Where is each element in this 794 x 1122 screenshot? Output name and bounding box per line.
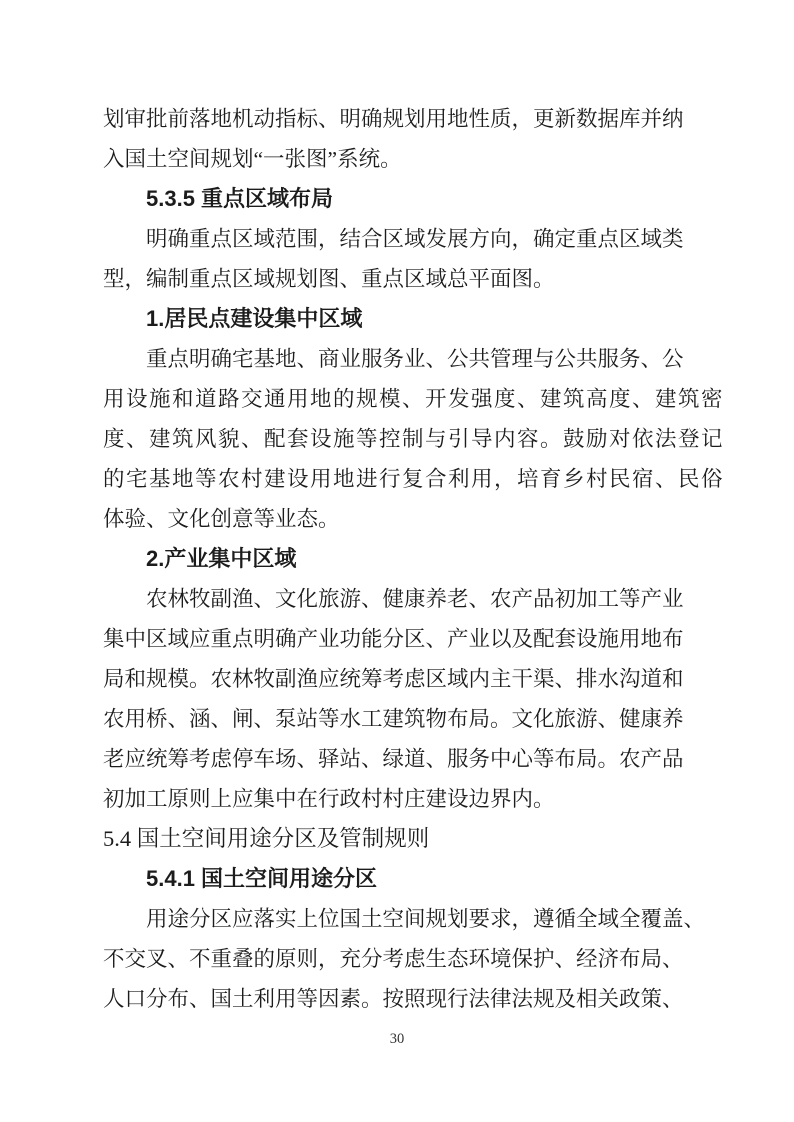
page-content: 划审批前落地机动指标、明确规划用地性质，更新数据库并纳 入国土空间规划“一张图”…	[103, 99, 743, 1019]
body-text-line: 的宅基地等农村建设用地进行复合利用，培育乡村民宿、民俗	[103, 459, 743, 499]
body-text-line: 用途分区应落实上位国土空间规划要求，遵循全域全覆盖、	[103, 899, 743, 939]
page-footer: 30	[0, 1030, 794, 1048]
body-text-line: 重点明确宅基地、商业服务业、公共管理与公共服务、公	[103, 339, 743, 379]
subheading-1: 1.居民点建设集中区域	[103, 299, 743, 339]
body-text-line: 明确重点区域范围，结合区域发展方向，确定重点区域类	[103, 219, 743, 259]
heading-5-4: 5.4 国土空间用途分区及管制规则	[103, 819, 743, 859]
body-text-line: 用设施和道路交通用地的规模、开发强度、建筑高度、建筑密	[103, 379, 743, 419]
body-text-line: 型，编制重点区域规划图、重点区域总平面图。	[103, 259, 743, 299]
body-text-line: 集中区域应重点明确产业功能分区、产业以及配套设施用地布	[103, 619, 743, 659]
page-number: 30	[390, 1031, 405, 1048]
body-text-line: 度、建筑风貌、配套设施等控制与引导内容。鼓励对依法登记	[103, 419, 743, 459]
heading-5-4-1: 5.4.1 国土空间用途分区	[103, 859, 743, 899]
body-text-line: 初加工原则上应集中在行政村村庄建设边界内。	[103, 779, 743, 819]
subheading-2: 2.产业集中区域	[103, 539, 743, 579]
body-text-line: 体验、文化创意等业态。	[103, 499, 743, 539]
body-text-line: 划审批前落地机动指标、明确规划用地性质，更新数据库并纳	[103, 99, 743, 139]
body-text-line: 人口分布、国土利用等因素。按照现行法律法规及相关政策、	[103, 979, 743, 1019]
body-text-line: 老应统筹考虑停车场、驿站、绿道、服务中心等布局。农产品	[103, 739, 743, 779]
document-page: 划审批前落地机动指标、明确规划用地性质，更新数据库并纳 入国土空间规划“一张图”…	[0, 0, 794, 1122]
body-text-line: 局和规模。农林牧副渔应统筹考虑区域内主干渠、排水沟道和	[103, 659, 743, 699]
body-text-line: 农林牧副渔、文化旅游、健康养老、农产品初加工等产业	[103, 579, 743, 619]
body-text-line: 不交叉、不重叠的原则，充分考虑生态环境保护、经济布局、	[103, 939, 743, 979]
body-text-line: 农用桥、涵、闸、泵站等水工建筑物布局。文化旅游、健康养	[103, 699, 743, 739]
heading-5-3-5: 5.3.5 重点区域布局	[103, 179, 743, 219]
body-text-line: 入国土空间规划“一张图”系统。	[103, 139, 743, 179]
